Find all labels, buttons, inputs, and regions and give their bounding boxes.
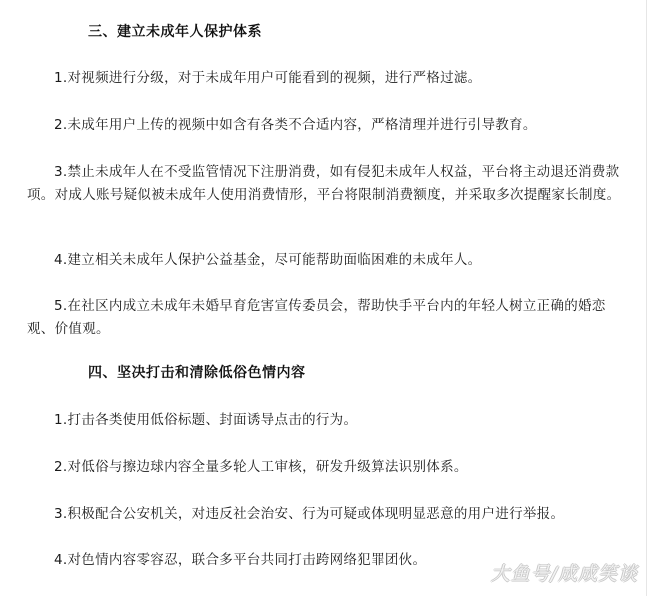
- section-heading-minor-protection: 三、建立未成年人保护体系: [88, 22, 262, 42]
- list-item: 5.在社区内成立未成年未婚早育危害宣传委员会，帮助快手平台内的年轻人树立正确的婚…: [27, 295, 627, 341]
- article-page: 三、建立未成年人保护体系 1.对视频进行分级，对于未成年用户可能看到的视频，进行…: [0, 0, 646, 596]
- list-item: 2.未成年用户上传的视频中如含有各类不合适内容，严格清理并进行引导教育。: [27, 114, 627, 137]
- list-item: 4.建立相关未成年人保护公益基金，尽可能帮助面临困难的未成年人。: [27, 249, 627, 272]
- list-item: 1.打击各类使用低俗标题、封面诱导点击的行为。: [27, 409, 627, 432]
- watermark: 大鱼号/成成笑谈: [491, 559, 638, 586]
- list-item: 3.积极配合公安机关，对违反社会治安、行为可疑或体现明显恶意的用户进行举报。: [27, 503, 627, 526]
- list-item: 1.对视频进行分级，对于未成年用户可能看到的视频，进行严格过滤。: [27, 67, 627, 90]
- list-item: 3.禁止未成年人在不受监管情况下注册消费，如有侵犯未成年人权益，平台将主动退还消…: [27, 161, 627, 207]
- list-item: 2.对低俗与擦边球内容全量多轮人工审核，研发升级算法识别体系。: [27, 456, 627, 479]
- page-right-border: [646, 0, 647, 596]
- section-heading-vulgar-content: 四、坚决打击和清除低俗色情内容: [88, 363, 306, 383]
